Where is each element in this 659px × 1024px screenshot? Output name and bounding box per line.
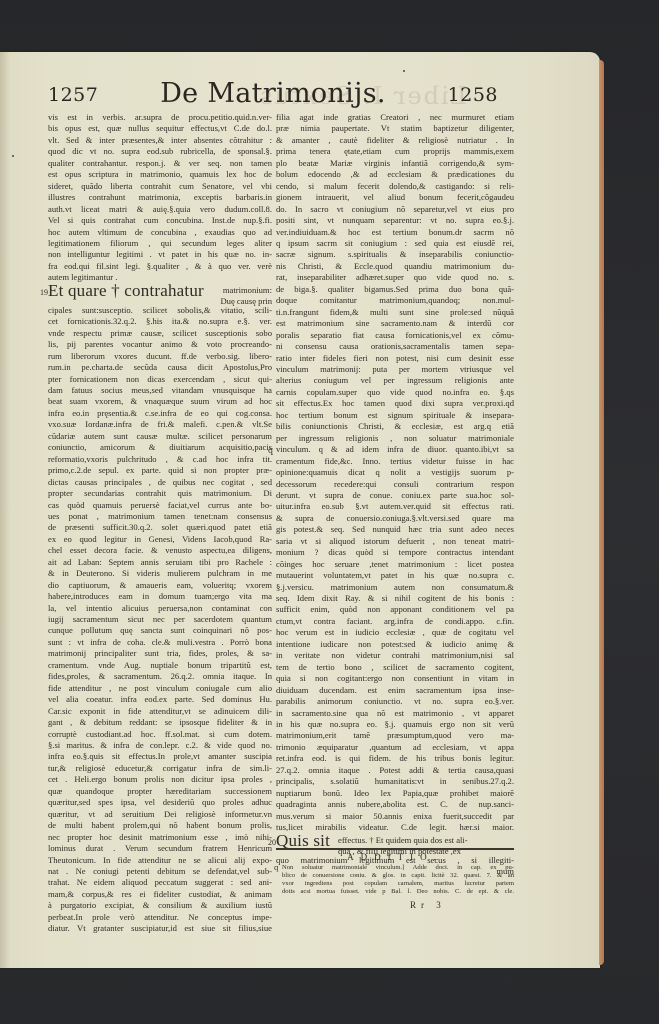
text-line: la, vel intentio alicuius peruersa,non c… <box>48 603 272 614</box>
text-line: diatur. Vt gratanter suscipiatur,id est … <box>48 923 272 934</box>
text-line: est opus scriptura in matrimonio, quamui… <box>48 169 272 180</box>
text-line: nis Christi, & Eccle.quod quandiu matrim… <box>276 261 514 272</box>
footnote-rule <box>276 848 514 850</box>
text-line: ait ad Laban: Septem annis seruiam tibi … <box>48 557 272 568</box>
text-line: ni consensu causa orationis,sacramentali… <box>276 341 514 352</box>
text-line: lominus durat . Verum secundum fratrem H… <box>48 843 272 854</box>
text-line: bolum edocendo ,& ad ecclesiam & prædica… <box>276 169 514 180</box>
section-title: Et quare † contrahatur <box>48 285 204 296</box>
text-line: cendo, si malum fecerit dolendo,& castig… <box>276 181 514 192</box>
additio-heading: ADDITIO. <box>276 852 514 862</box>
text-line: vel alia coeatur. infra eod.ex parte. Se… <box>48 694 272 705</box>
text-line: Non soluatur matrimoniale vinculum.] Add… <box>282 864 514 872</box>
text-line: de præsenti sufficit.30.q.2. solet quæri… <box>48 522 272 533</box>
text-line: bilis coniunctionis Christi, & ecclesiæ,… <box>276 421 514 432</box>
text-line: principalis, s.solatiũ humanitatis:vt in… <box>276 776 514 787</box>
text-line: primo,c.2.de sepul. ex parte. quid si no… <box>48 465 272 476</box>
text-line: blico de conuersione coniu. & glos. in c… <box>282 872 514 880</box>
left-column-text-top: vis est in verbis. ar.supra de procu.pet… <box>48 112 272 284</box>
text-line: nuptiarum bonũ. Ideo lex Papia,quæ prohi… <box>276 788 514 799</box>
paper-speck <box>403 70 405 72</box>
text-line: gionem intrauerit, vel aliud bonum fecer… <box>276 192 514 203</box>
text-line: cas quòd quamuis peruersè faciat,vel cur… <box>48 500 272 511</box>
text-line: mam,& corpus,& res ei fideliter custodia… <box>48 889 272 900</box>
text-line: rum liberorum vxores ducunt. ff.de verbo… <box>48 351 272 362</box>
text-line: rum.in pe.charta.de secũda causa dicit A… <box>48 362 272 373</box>
text-line: Vel si quis contrahat cum concubina. Ins… <box>48 215 272 226</box>
text-line: fra eod.qui fil.sint legi. §.qualiter , … <box>48 261 272 272</box>
text-line: sit effectus.Ex hoc tamen quod dixi supr… <box>276 398 514 409</box>
text-line: seq. Idem dixit Ray. & si nihil cogitent… <box>276 593 514 604</box>
additio-text: Non soluatur matrimoniale vinculum.] Add… <box>282 864 514 896</box>
text-line: cunque pollutum quę sancta sunt coinquin… <box>48 625 272 636</box>
text-line: cramentum. vnde Aug. nuptiale bonum trip… <box>48 660 272 671</box>
text-line: vlt. Sed & inter præsentes,& inter absen… <box>48 135 272 146</box>
text-line: ret.infra eod. is qui fidem. de his trib… <box>276 753 514 764</box>
text-line: ratio inter fideles fieri non potest, ni… <box>276 353 514 364</box>
marginal-note-letter: q <box>268 446 273 455</box>
text-line: corruptè custodiant.ad hoc. ff.sol.mat. … <box>48 729 272 740</box>
section-tail-line: Duę causę prin <box>220 296 272 307</box>
text-line: vxo.suæ Iordanæ.infra de fri.& malefi. c… <box>48 419 272 430</box>
running-title: De Matrimonijs. <box>48 78 498 109</box>
text-line: fide attenditur , ne post vinculum coniu… <box>48 683 272 694</box>
text-line: tem de tertio bono , scilicet de sacrame… <box>276 662 514 673</box>
text-line: in his quæ no.supra eo. §.j. quamuis erg… <box>276 719 514 730</box>
signature-mark: Rr 3 <box>410 900 446 910</box>
text-line: & in Deuterono. Si videris mulierem pulc… <box>48 568 272 579</box>
text-line: quæritur, vt ad seruitium Dei religiosè … <box>48 809 272 820</box>
text-line: ti.n.frangunt fidem,& multi sunt sine pr… <box>276 307 514 318</box>
text-line: fides,proles, & sacramentum. 26.q.2. omn… <box>48 671 272 682</box>
text-line: opinione:quamuis dicat q nolit a vestigi… <box>276 467 514 478</box>
text-line: cũdariæ autem sunt causæ multæ. scilicet… <box>48 431 272 442</box>
text-line: ues ponat , matrimonium tamen tenet:nam … <box>48 511 272 522</box>
text-line: vnde respectu primæ causæ, scilicet susc… <box>48 328 272 339</box>
text-line: de biga.§. qualiter bigamus.Sed prima du… <box>276 284 514 295</box>
text-line: alterius coniugum vel per ingressum reli… <box>276 375 514 386</box>
section-number: 19 <box>40 287 48 298</box>
text-line: in veritate non videtur contrahi matrimo… <box>276 650 514 661</box>
text-line: plo beatæ Mariæ virginis infantiã corrig… <box>276 158 514 169</box>
text-line: cet fornicationis.32.q.2. §.his ita.& no… <box>48 316 272 327</box>
text-line: hoc tertium bonum est signum spirituale … <box>276 410 514 421</box>
text-line: decessorum recedere:qui consuli contrari… <box>276 479 514 490</box>
text-line: & amanter , cautè fideliter & religiosè … <box>276 135 514 146</box>
text-line: filia agat inde gratias Creatori , nec m… <box>276 112 514 123</box>
section-title: Quis sit <box>276 835 330 846</box>
text-line: derunt. vt supra de conue. coniu.ex part… <box>276 490 514 501</box>
text-line: in sacramento.sine qua nõ est matrimonio… <box>276 708 514 719</box>
right-column-text-top: filia agat inde gratias Creatori , nec m… <box>276 112 514 834</box>
book-page: Liber I. Sextus 1257 De Matrimonijs. 125… <box>0 52 600 968</box>
text-line: saria vt si aliquod istorum defuerit , n… <box>276 536 514 547</box>
text-line: infra eo.in pręsentia.& c.se.infra de eo… <box>48 408 272 419</box>
text-line: sunt : vt infra de coha. cle.& muli.vest… <box>48 637 272 648</box>
text-line: ex eo quod legitur in Genesi, Videns Iac… <box>48 534 272 545</box>
text-line: bis opus est, quæ nullus sequitur effect… <box>48 123 272 134</box>
text-line: cramentum fide,&c. Inno. tertius videtur… <box>276 456 514 467</box>
text-line: cõinges hoc seruare ,tenet matrimonium :… <box>276 559 514 570</box>
text-line: trahat. Ne eidem aliquod peccatum sugger… <box>48 877 272 888</box>
text-line: habere,introduces eam in domum tuam;ergo… <box>48 591 272 602</box>
section-tail-line: matrimonium: <box>223 285 272 296</box>
text-line: sideret, quãdo liberta contrahit cum Sen… <box>48 181 272 192</box>
text-line: doque comitantur matrimonium,quandoq; no… <box>276 295 514 306</box>
text-line: ctum,vt contra faciant. arg.infra de con… <box>276 616 514 627</box>
text-line: matrimonium,erit tamẽ præsumptum,quod ve… <box>276 730 514 741</box>
text-line: vinculum. q & ad idem infra de diuor. qu… <box>276 444 514 455</box>
text-line: legitimationem filiorum , qui secundum l… <box>48 238 272 249</box>
text-line: præ nimia paupertate. Vt statim baptizet… <box>276 123 514 134</box>
text-line: vis est in verbis. ar.supra de procu.pet… <box>48 112 272 123</box>
text-line: gis potest.& seq. Sed nunquid hæc tria s… <box>276 524 514 535</box>
text-line: carnis copulam.super quo vide quod no.in… <box>276 387 514 398</box>
text-line: parabilis animorum coniunctio. vt no. su… <box>276 696 514 707</box>
text-line: positi sint, vt nunquam separentur: vt n… <box>276 215 514 226</box>
text-line: quadraginta annis nubere,abolita est. C.… <box>276 799 514 810</box>
text-line: quod dic vt no. supra eod.sub rubricella… <box>48 146 272 157</box>
text-line: mutauerint voluntatem,vt patet in his qu… <box>276 570 514 581</box>
left-column: vis est in verbis. ar.supra de procu.pet… <box>48 112 272 935</box>
text-line: §.j.versicu. matrimonium autem non consu… <box>276 582 514 593</box>
text-line: rat, inseparabiliter adhæret.super quo v… <box>276 272 514 283</box>
text-line: dio captiuorum, & amaueris eam, voluerit… <box>48 580 272 591</box>
text-line: Car.sic exponit in fide attenditur,vt se… <box>48 706 272 717</box>
text-line: & supra de conuersio.coniuga.§.vlt.versi… <box>276 513 514 524</box>
text-line: quia si non cogitant:ergo non consentiun… <box>276 673 514 684</box>
page-header: Liber I. Sextus 1257 De Matrimonijs. 125… <box>48 78 498 112</box>
text-line: illustres contrahunt matrimonia, excepti… <box>48 192 272 203</box>
binding-shadow <box>0 52 10 968</box>
text-line: qualiter contrahantur. respon.j. & ver s… <box>48 158 272 169</box>
text-line: est matrimonium sine sacramento.nam & in… <box>276 318 514 329</box>
text-line: nat . Ne coniugi petenti debitum se defe… <box>48 866 272 877</box>
text-line: monium ? dicas quòd si tempore contractu… <box>276 547 514 558</box>
section-number: 20 <box>268 837 276 848</box>
text-line: nec propter hoc desinit matrimonium esse… <box>48 832 272 843</box>
text-line: mus.verum si maior 50.annis enixa fuerit… <box>276 811 514 822</box>
page-number-right: 1258 <box>448 84 498 106</box>
text-line: hoc autem vltimum de concubina , exaudia… <box>48 227 272 238</box>
text-line: per ingressum religionis , non soluatur … <box>276 433 514 444</box>
text-line: intentione iudicare non potest:sed & iud… <box>276 639 514 650</box>
text-line: vxor ingrediens post copulam carnalem, m… <box>282 880 514 888</box>
text-line: à purgatorio excipiat, & consilium & aux… <box>48 900 272 911</box>
text-line: vinculum matrimonij: puta per mortem vtr… <box>276 364 514 375</box>
section-tail-line: effectus. † Et quidem quia dos est ali- <box>338 835 468 846</box>
text-line: sufficit enim, quòd non apponant conditi… <box>276 604 514 615</box>
text-line: dotis acsi mortua fuisset. vide p Bal. l… <box>282 888 514 896</box>
text-line: hoc verum est in iudicio ecclesiæ , quæ … <box>276 627 514 638</box>
text-line: trimonio æquiparatur ,quantum ad ecclesi… <box>276 742 514 753</box>
text-line: Theutonicum. In fide attenditur ne se al… <box>48 855 272 866</box>
left-column-text-bottom: cipales sunt:susceptio. scilicet sobolis… <box>48 305 272 935</box>
text-line: sacræ signum. s.spiritualis & inseparabi… <box>276 249 514 260</box>
text-line: §.si maritus. & infra de con.lepr. c.2. … <box>48 740 272 751</box>
text-line: beat suam vxorem, & vnaquæque suum virum… <box>48 396 272 407</box>
text-line: iugij sacramentum sicut nec per sacerdot… <box>48 614 272 625</box>
text-line: diuiduam ducendam. est enim sacramentum … <box>276 685 514 696</box>
text-line: propter secundarias contrahit quis matri… <box>48 488 272 499</box>
text-line: quæritur,sed spes ipsa, vel desideriũ qu… <box>48 797 272 808</box>
text-line: lis, pij parentes vocantur animo & voto … <box>48 339 272 350</box>
section-heading-19: 19 Et quare † contrahatur matrimonium: D… <box>48 285 272 305</box>
text-line: gant , & debitum reddant: se ipsosque fi… <box>48 717 272 728</box>
additio-marker: q <box>274 864 278 872</box>
text-line: chel esset decora facie. & venusto aspec… <box>48 545 272 556</box>
text-line: dam fatuus socius meus,sed vitandam vnus… <box>48 385 272 396</box>
text-line: pter fornicationem non dicas exercendam … <box>48 374 272 385</box>
text-line: poralis separatio fiat causa fornication… <box>276 330 514 341</box>
right-column: filia agat inde gratias Creatori , nec m… <box>276 112 514 877</box>
text-line: coniunctio, amicorum & diuitiarum acquis… <box>48 442 272 453</box>
page-edge-gilt <box>599 60 604 965</box>
text-line: de multi habent prolem,qui nõ habent bon… <box>48 820 272 831</box>
text-line: prima tenera ętate,etiam cum proprijs ma… <box>276 146 514 157</box>
text-line: auth.vt liceat matri & auię.§.quia vero … <box>48 204 272 215</box>
text-line: do. In sacro vt coniugium nõ separetur,v… <box>276 204 514 215</box>
text-line: non intelliguntur legitimi . vt patet in… <box>48 249 272 260</box>
text-line: dictas causas principales , de quibus ne… <box>48 477 272 488</box>
text-line: reformatio,vxoris pulchritudo , & c.ad h… <box>48 454 272 465</box>
text-line: infra eo.§.quis sit effectus.In prole,vt… <box>48 751 272 762</box>
text-line: 27.q.2. omnia itaque . Potest addi & ter… <box>276 765 514 776</box>
text-line: matrimonij principaliter sunt tria, fide… <box>48 648 272 659</box>
text-line: uitur.infra eo.sub §.vt autem.ver.quid s… <box>276 501 514 512</box>
paper-speck <box>12 155 14 157</box>
text-line: cet . Heli.ergo bonum prolis non dicitur… <box>48 774 272 785</box>
text-line: tur,& religiosè educetur,& corrigatur in… <box>48 763 272 774</box>
text-line: ver.indiuiduam.& hoc est tertium bonum.d… <box>276 227 514 238</box>
text-line: quæ quandoque propter hæreditariam succe… <box>48 786 272 797</box>
text-line: q ipsum sacrm sit coniugium : sed quia e… <box>276 238 514 249</box>
text-line: perbeat.In prole verò attenditur. Ne con… <box>48 912 272 923</box>
